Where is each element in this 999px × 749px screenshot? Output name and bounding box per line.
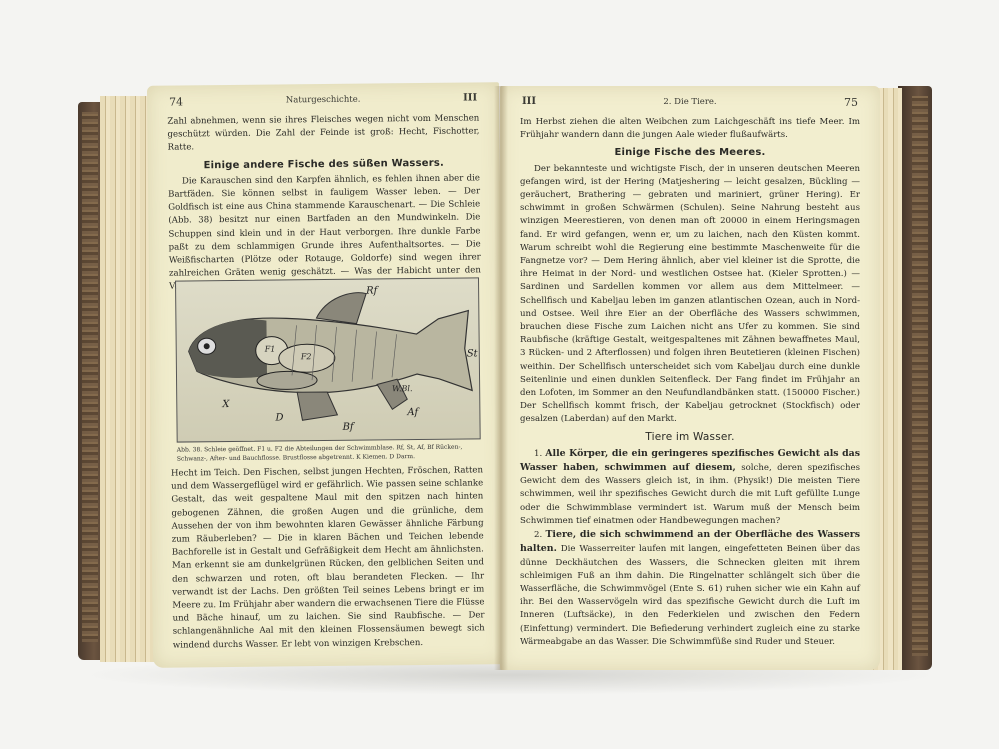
tench-anatomy-icon	[176, 278, 480, 441]
running-header-left: 74 Naturgeschichte. III	[169, 92, 477, 95]
label-f2: F2	[301, 352, 312, 361]
section-heading: Tiere im Wasser.	[520, 431, 860, 444]
left-text-top: Zahl abnehmen, wenn sie ihres Fleisches …	[167, 112, 481, 294]
label-d: D	[275, 412, 283, 423]
right-text: Im Herbst ziehen die alten Weibchen zum …	[520, 116, 860, 649]
paragraph: Der bekannteste und wichtigste Fisch, de…	[520, 163, 860, 427]
paragraph: Hecht im Teich. Den Fischen, selbst jung…	[171, 464, 485, 652]
label-x: X	[222, 399, 229, 410]
book-gutter	[494, 86, 508, 670]
paragraph: Die Karauschen sind den Karpfen ähnlich,…	[168, 172, 481, 294]
label-st: St	[467, 348, 478, 359]
book-cover-right	[898, 86, 932, 670]
section-heading: Einige andere Fische des süßen Wassers.	[168, 156, 480, 172]
label-rf: Rf	[366, 285, 377, 296]
item-number: 1.	[534, 449, 542, 459]
fish-illustration: Rf F1 F2 St W.Bl. Af Bf X D	[175, 277, 481, 442]
page-number: 75	[844, 96, 858, 109]
left-text-bottom: Hecht im Teich. Den Fischen, selbst jung…	[171, 464, 485, 652]
label-wbl: W.Bl.	[392, 384, 412, 393]
running-title: 2. Die Tiere.	[522, 97, 858, 107]
intro-text: Im Herbst ziehen die alten Weibchen zum …	[520, 116, 860, 142]
label-f1: F1	[265, 345, 276, 354]
figure-caption: Abb. 38. Schleie geöffnet. F1 u. F2 die …	[177, 442, 483, 463]
item-number: 2.	[534, 530, 542, 540]
running-title: Naturgeschichte.	[169, 93, 477, 106]
numbered-item-1: 1. Alle Körper, die ein geringeres spezi…	[520, 447, 860, 528]
left-page: 74 Naturgeschichte. III Zahl abnehmen, w…	[147, 82, 505, 668]
section-number: III	[463, 92, 477, 103]
right-page: III 2. Die Tiere. 75 Im Herbst ziehen di…	[500, 86, 880, 670]
item-text: Die Wasserreiter laufen mit langen, eing…	[520, 544, 860, 646]
numbered-item-2: 2. Tiere, die sich schwimmend an der Obe…	[520, 528, 860, 649]
label-af: Af	[407, 407, 418, 418]
intro-text: Zahl abnehmen, wenn sie ihres Fleisches …	[167, 112, 479, 155]
section-heading: Einige Fische des Meeres.	[520, 146, 860, 159]
label-bf: Bf	[342, 422, 353, 433]
